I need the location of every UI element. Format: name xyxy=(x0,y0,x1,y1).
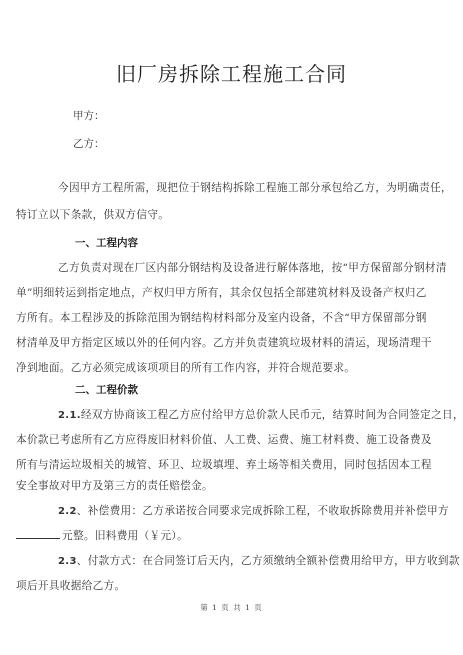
intro-line-2: 特订立以下条款，供双方信守。 xyxy=(16,207,446,222)
section-2-heading: 二、工程价款 xyxy=(75,382,138,397)
intro-line-1: 今因甲方工程所需，现把位于钢结构拆除工程施工部分承包给乙方，为明确责任， xyxy=(58,180,448,195)
section-1-line: 乙方负责对现在厂区内部分钢结构及设备进行解体落地，按“甲方保留部分钢材清 xyxy=(58,260,448,275)
amount-blank-field[interactable] xyxy=(16,529,60,539)
party-b-label: 乙方： xyxy=(73,136,105,151)
page-footer: 第 1 页 共 1 页 xyxy=(0,602,463,613)
clause-2-1-line: 安全事故对甲方及第三方的责任赔偿金。 xyxy=(16,478,446,493)
clause-2-3-line-2: 项后开具收据给乙方。 xyxy=(16,578,446,593)
clause-2-1-line: 本价款已考虑所有乙方应得废旧材料价值、人工费、运费、施工材料费、施工设备费及 xyxy=(16,432,446,447)
clause-2-3-line-1: 2.3、付款方式：在合同签订后天内，乙方须缴纳全额补偿费用给甲方，甲方收到款 xyxy=(58,553,448,568)
clause-text: 、补偿费用：乙方承诺按合同要求完成拆除工程，不收取拆除费用并补偿甲方 xyxy=(77,505,449,517)
section-1-line: 方所有。本工程涉及的拆除范围为钢结构材料部分及室内设备，不含“甲方保留部分钢 xyxy=(16,310,446,325)
clause-number: 2.1. xyxy=(58,410,81,421)
section-1-line: 单”明细转运到指定地点，产权归甲方所有，其余仅包括全部建筑材料及设备产权归乙 xyxy=(16,285,446,300)
party-a-label: 甲方： xyxy=(73,108,105,123)
document-page: 旧厂房拆除工程施工合同 甲方： 乙方： 今因甲方工程所需，现把位于钢结构拆除工程… xyxy=(0,0,463,655)
clause-number: 2.3 xyxy=(58,556,77,567)
clause-text: 经双方协商该工程乙方应付给甲方总价款人民币元，结算时间为合同签定之日， xyxy=(81,409,463,421)
clause-number: 2.2 xyxy=(58,506,77,517)
clause-2-2-line-2: 元整。旧料费用（￥元）。 xyxy=(16,528,446,543)
section-1-heading: 一、工程内容 xyxy=(75,235,138,250)
clause-text: 元整。旧料费用（￥元）。 xyxy=(62,530,188,542)
document-title: 旧厂房拆除工程施工合同 xyxy=(0,58,463,87)
section-1-line: 净到地面。乙方必须完成该项项目的所有工作内容，并符合规范要求。 xyxy=(16,360,446,375)
clause-2-1-line: 所有与清运垃圾相关的城管、环卫、垃圾填埋、弃土场等相关费用，同时包括因本工程 xyxy=(16,457,446,472)
clause-2-1-line: 2.1.经双方协商该工程乙方应付给甲方总价款人民币元，结算时间为合同签定之日， xyxy=(58,407,448,422)
section-1-line: 材清单及甲方指定区域以外的任何内容。乙方并负责建筑垃圾材料的清运，现场清理干 xyxy=(16,335,446,350)
clause-text: 、付款方式：在合同签订后天内，乙方须缴纳全额补偿费用给甲方，甲方收到款 xyxy=(77,555,460,567)
clause-2-2-line-1: 2.2、补偿费用：乙方承诺按合同要求完成拆除工程，不收取拆除费用并补偿甲方 xyxy=(58,503,448,518)
